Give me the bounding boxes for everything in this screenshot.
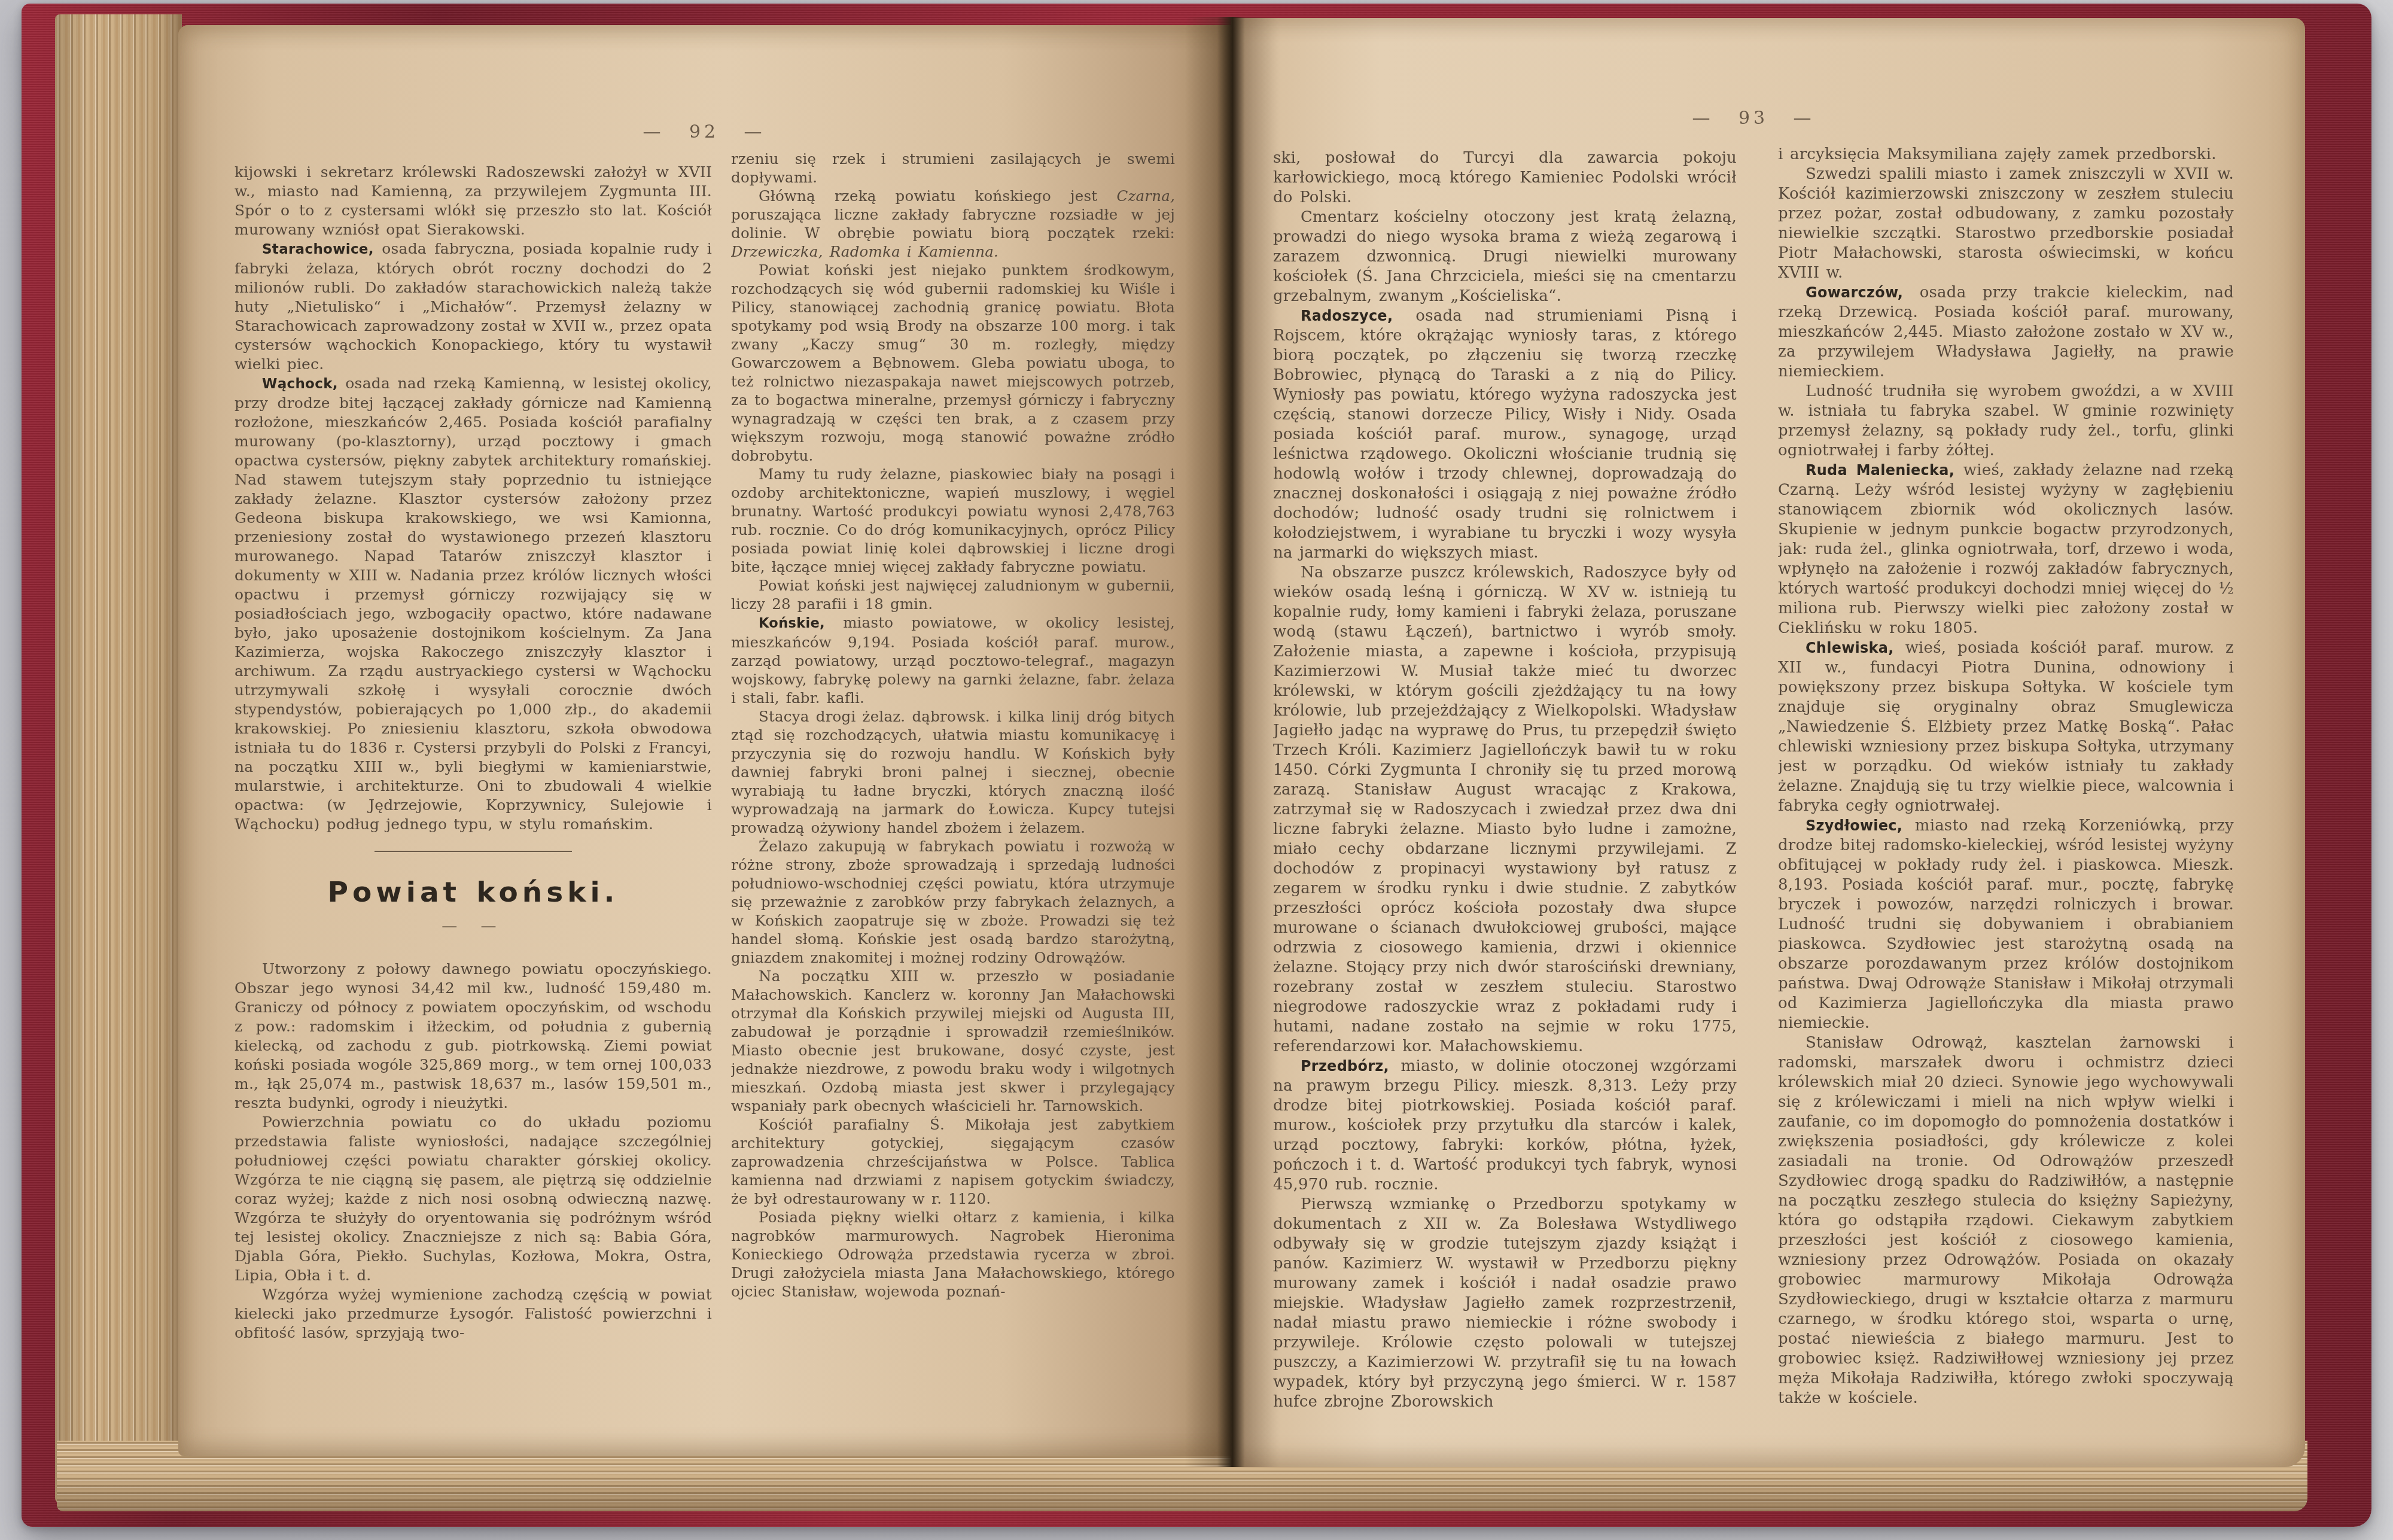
paragraph: Cmentarz kościelny otoczony jest kratą ż… [1273, 208, 1737, 306]
paragraph: i arcyksięcia Maksymiliana zajęły zamek … [1778, 145, 2234, 165]
paragraph: Ludność trudniła się wyrobem gwoździ, a … [1778, 382, 2234, 461]
heading-dashes: — — [235, 917, 712, 936]
text-column-left-2: rzeniu się rzek i strumieni zasilających… [731, 150, 1175, 1433]
page-number-left: — 92 — [235, 121, 1174, 142]
section-heading: Powiat koński.— — [235, 851, 712, 936]
paragraph: Na obszarze puszcz królewskich, Radoszyc… [1273, 563, 1737, 1057]
text-column-right-1: ski, posłował do Turcyi dla zawarcia pok… [1273, 148, 1737, 1444]
paragraph: rzeniu się rzek i strumieni zasilających… [731, 150, 1175, 187]
entry-headword: Gowarczów, [1806, 284, 1920, 301]
paragraph: Stacya drogi żelaz. dąbrowsk. i kilka li… [731, 707, 1175, 837]
paragraph: Utworzony z połowy dawnego powiatu opocz… [235, 960, 712, 1113]
entry-headword: Końskie, [759, 616, 843, 631]
entry-headword: Ruda Maleniecka, [1806, 462, 1963, 479]
page-stack-fore-edge [55, 14, 182, 1503]
text-column-right-2: i arcyksięcia Maksymiliana zajęły zamek … [1778, 145, 2234, 1446]
heading-rule [375, 851, 572, 852]
entry-paragraph: Końskie, miasto powiatowe, w okolicy les… [731, 613, 1175, 707]
paragraph: Szwedzi spalili miasto i zamek zniszczyl… [1778, 165, 2234, 283]
paragraph: Główną rzeką powiatu końskiego jest Czar… [731, 187, 1175, 261]
section-title: Powiat koński. [235, 883, 712, 902]
paragraph: Pierwszą wzmiankę o Przedborzu spotykamy… [1273, 1195, 1737, 1412]
text-column-left-1: kijowski i sekretarz królewski Radoszews… [235, 163, 712, 1437]
entry-paragraph: Gowarczów, osada przy trakcie kieleckim,… [1778, 283, 2234, 382]
entry-paragraph: Szydłowiec, miasto nad rzeką Korzeniówką… [1778, 816, 2234, 1033]
entry-headword: Przedbórz, [1301, 1058, 1401, 1075]
paragraph: Powierzchnia powiatu co do układu poziom… [235, 1113, 712, 1285]
scanner-bed: — 92 — — 93 — kijowski i sekretarz króle… [0, 0, 2393, 1540]
paragraph: Żelazo zakupują w fabrykach powiatu i ro… [731, 837, 1175, 967]
entry-paragraph: Ruda Maleniecka, wieś, zakłady żelazne n… [1778, 461, 2234, 638]
paragraph: kijowski i sekretarz królewski Radoszews… [235, 163, 712, 239]
entry-paragraph: Przedbórz, miasto, w dolinie otoczonej w… [1273, 1057, 1737, 1195]
paragraph: Powiat koński jest niejako punktem środk… [731, 261, 1175, 465]
paragraph: Powiat koński jest najwięcej zaludnionym… [731, 576, 1175, 613]
entry-headword: Wąchock, [262, 376, 345, 392]
entry-headword: Radoszyce, [1301, 308, 1415, 324]
paragraph: Mamy tu rudy żelazne, piaskowiec biały n… [731, 465, 1175, 576]
paragraph: Stanisław Odrowąż, kasztelan żarnowski i… [1778, 1033, 2234, 1408]
entry-paragraph: Chlewiska, wieś, posiada kościół paraf. … [1778, 638, 2234, 816]
entry-headword: Starachowice, [262, 242, 382, 257]
paragraph: Na początku XIII w. przeszło w posiadani… [731, 967, 1175, 1115]
paragraph: Kościół parafialny Ś. Mikołaja jest zaby… [731, 1115, 1175, 1208]
entry-headword: Chlewiska, [1806, 640, 1905, 656]
page-number-right: — 93 — [1273, 108, 2234, 129]
paragraph: ski, posłował do Turcyi dla zawarcia pok… [1273, 148, 1737, 208]
entry-headword: Szydłowiec, [1806, 817, 1915, 834]
entry-paragraph: Wąchock, osada nad rzeką Kamienną, w les… [235, 374, 712, 834]
entry-paragraph: Radoszyce, osada nad strumieniami Pisną … [1273, 306, 1737, 563]
entry-paragraph: Starachowice, osada fabryczna, posiada k… [235, 239, 712, 374]
paragraph: Posiada piękny wielki ołtarz z kamienia,… [731, 1208, 1175, 1301]
paragraph: Wzgórza wyżej wymienione zachodzą części… [235, 1285, 712, 1343]
